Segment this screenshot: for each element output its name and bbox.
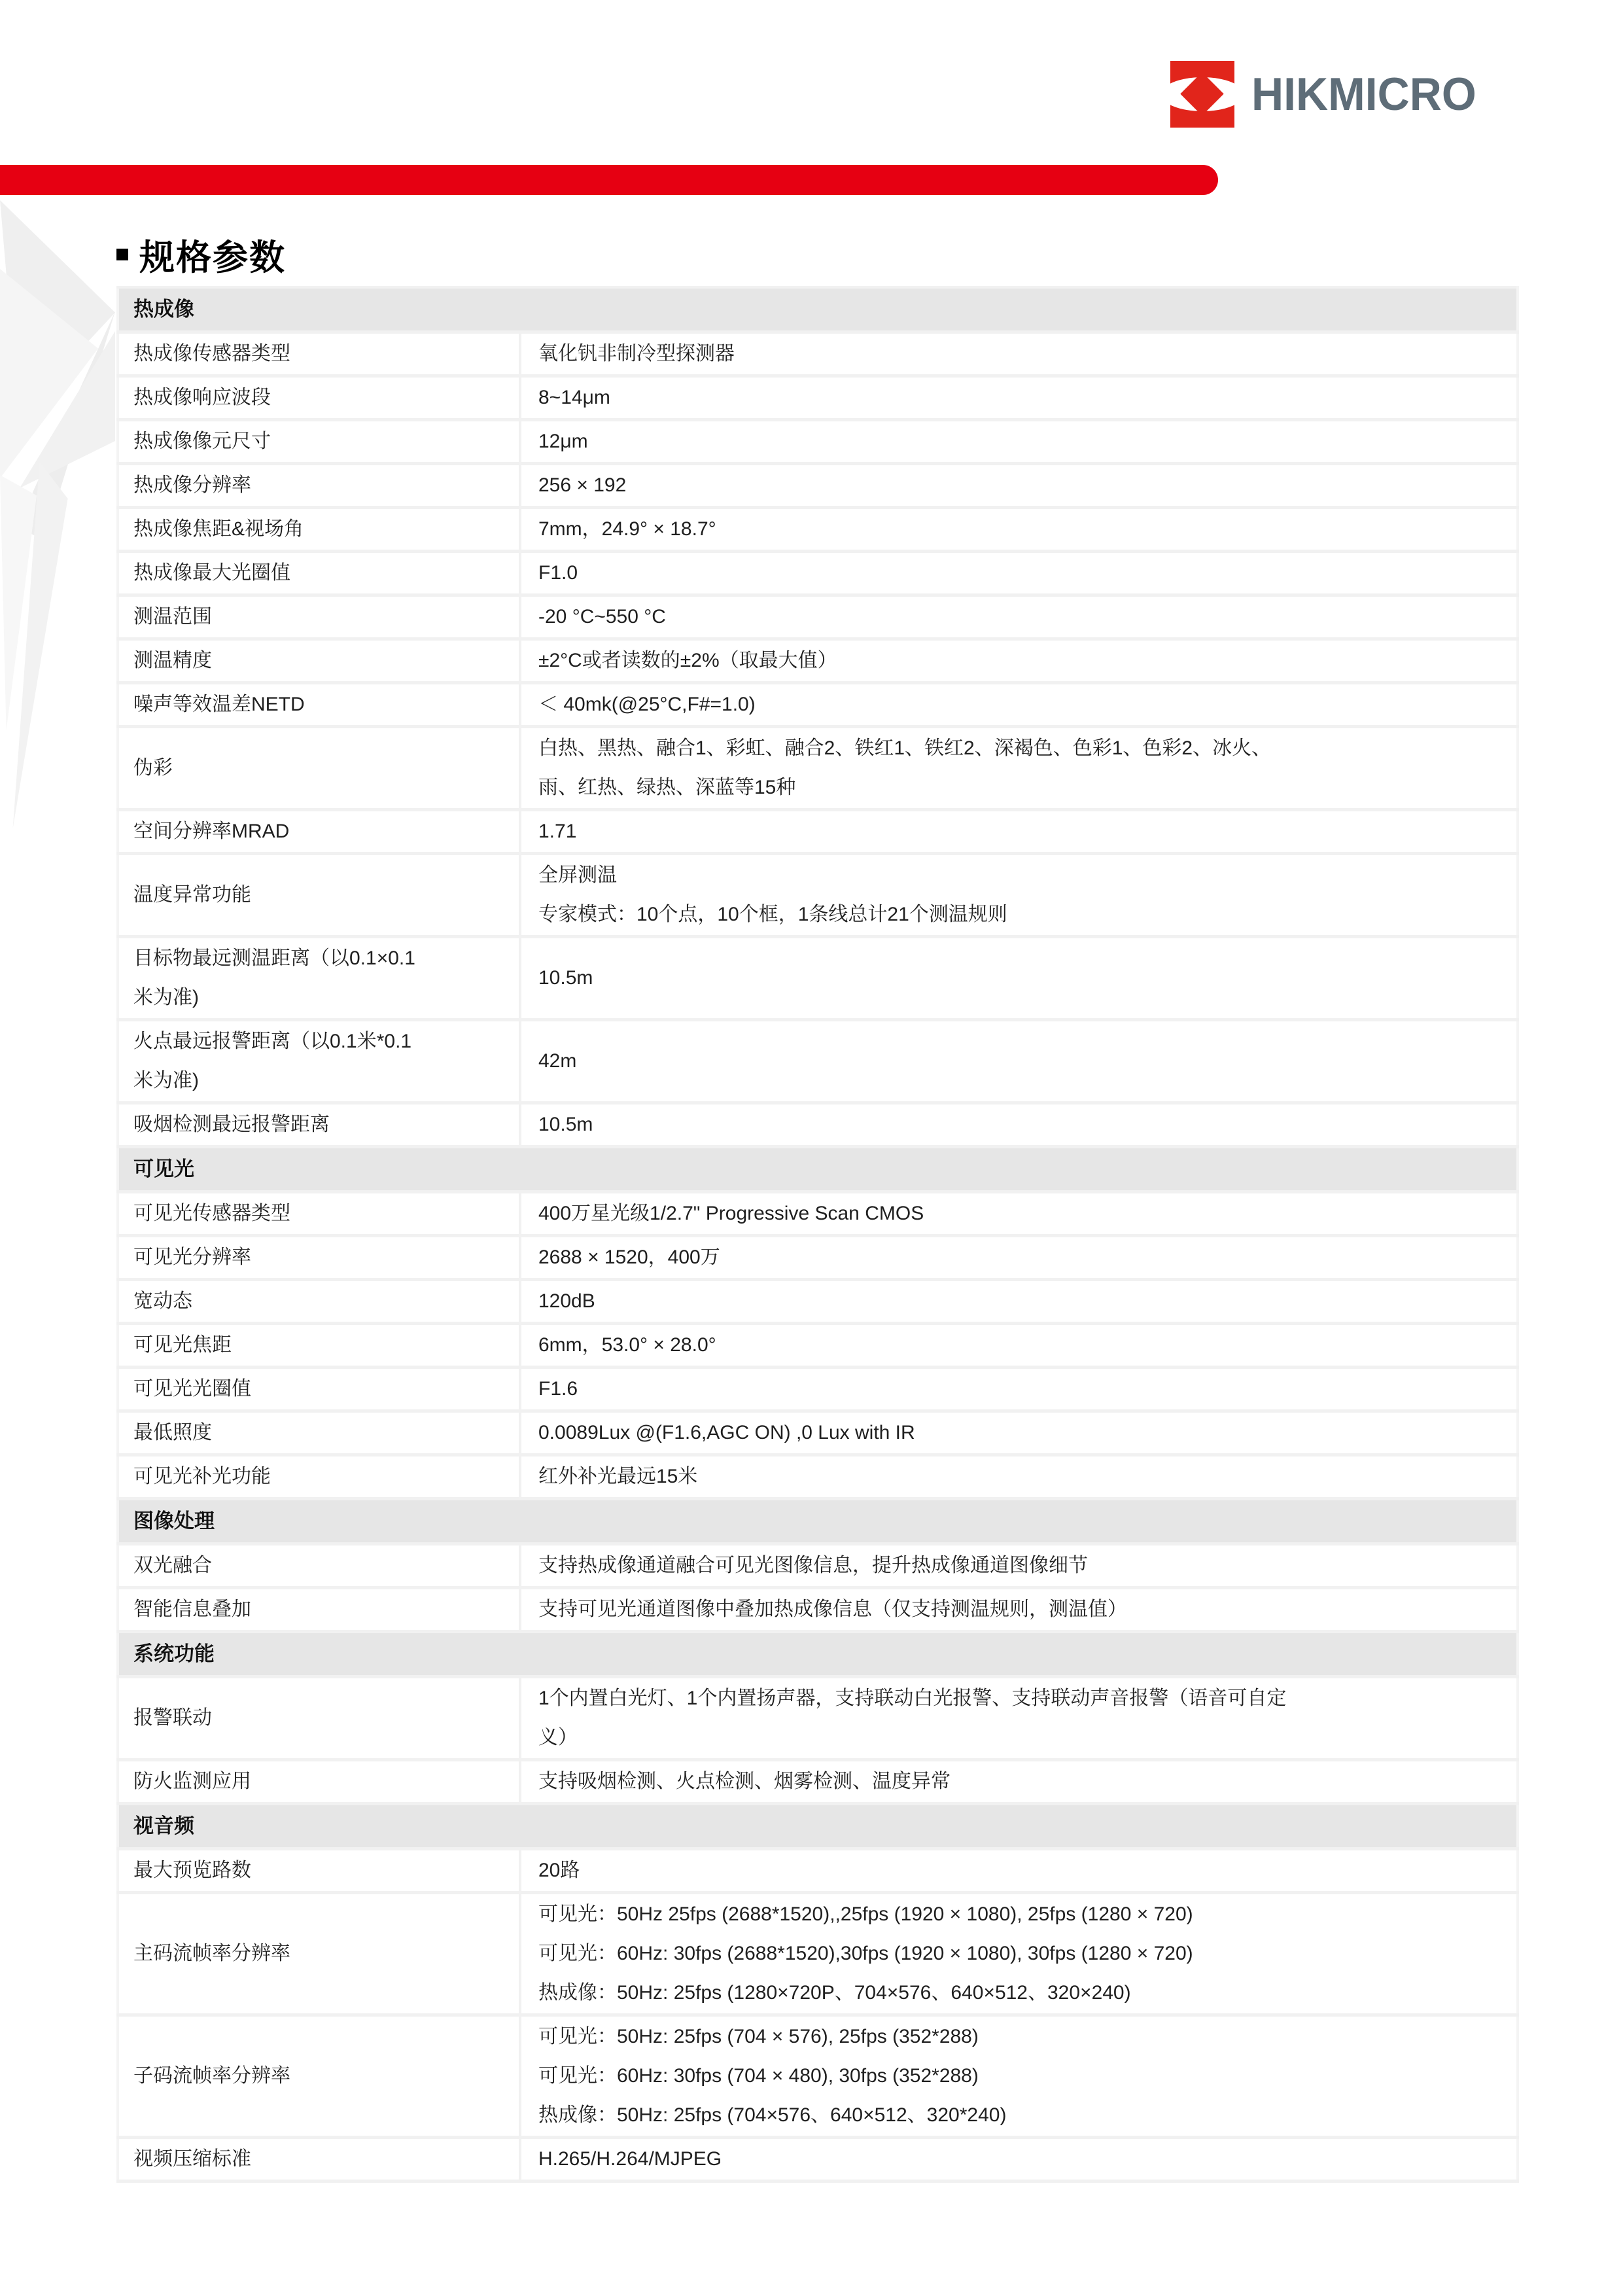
spec-value-line: 2688 × 1520，400万 bbox=[538, 1238, 1509, 1277]
spec-label: 热成像响应波段 bbox=[118, 376, 520, 420]
section-header-row: 视音频 bbox=[118, 1804, 1518, 1849]
section-header: 可见光 bbox=[118, 1147, 1518, 1192]
spec-value-line: ±2°C或者读数的±2%（取最大值） bbox=[538, 641, 1509, 680]
spec-row: 双光融合支持热成像通道融合可见光图像信息，提升热成像通道图像细节 bbox=[118, 1544, 1518, 1588]
spec-row: 测温精度±2°C或者读数的±2%（取最大值） bbox=[118, 639, 1518, 683]
spec-value-line: 义） bbox=[538, 1718, 1509, 1757]
spec-row: 最低照度0.0089Lux @(F1.6,AGC ON) ,0 Lux with… bbox=[118, 1411, 1518, 1455]
spec-label: 可见光焦距 bbox=[118, 1324, 520, 1368]
spec-value: 400万星光级1/2.7" Progressive Scan CMOS bbox=[520, 1192, 1518, 1236]
spec-value: 红外补光最远15米 bbox=[520, 1455, 1518, 1499]
spec-label: 防火监测应用 bbox=[118, 1760, 520, 1804]
spec-value: F1.6 bbox=[520, 1368, 1518, 1411]
spec-value-line: F1.6 bbox=[538, 1369, 1509, 1409]
spec-label: 噪声等效温差NETD bbox=[118, 683, 520, 727]
spec-table: 热成像热成像传感器类型氧化钒非制冷型探测器热成像响应波段8~14μm热成像像元尺… bbox=[116, 286, 1519, 2183]
spec-value: 全屏测温专家模式：10个点，10个框，1条线总计21个测温规则 bbox=[520, 854, 1518, 937]
spec-value: ±2°C或者读数的±2%（取最大值） bbox=[520, 639, 1518, 683]
spec-label: 双光融合 bbox=[118, 1544, 520, 1588]
spec-row: 热成像焦距&视场角7mm，24.9° × 18.7° bbox=[118, 508, 1518, 552]
spec-row: 防火监测应用支持吸烟检测、火点检测、烟雾检测、温度异常 bbox=[118, 1760, 1518, 1804]
spec-row: 智能信息叠加支持可见光通道图像中叠加热成像信息（仅支持测温规则，测温值） bbox=[118, 1588, 1518, 1632]
spec-label: 测温范围 bbox=[118, 595, 520, 639]
spec-sheet-page: HIKMICRO 规格参数 热成像热成像传感器类型氧化钒非制冷型探测器热成像响应… bbox=[0, 0, 1623, 2296]
spec-row: 可见光传感器类型400万星光级1/2.7" Progressive Scan C… bbox=[118, 1192, 1518, 1236]
spec-label: 最大预览路数 bbox=[118, 1849, 520, 1893]
spec-value: 白热、黑热、融合1、彩虹、融合2、铁红1、铁红2、深褐色、色彩1、色彩2、冰火、… bbox=[520, 727, 1518, 810]
spec-value-line: H.265/H.264/MJPEG bbox=[538, 2140, 1509, 2179]
main-content: 规格参数 热成像热成像传感器类型氧化钒非制冷型探测器热成像响应波段8~14μm热… bbox=[116, 228, 1519, 2183]
spec-value: 0.0089Lux @(F1.6,AGC ON) ,0 Lux with IR bbox=[520, 1411, 1518, 1455]
spec-row: 测温范围-20 °C~550 °C bbox=[118, 595, 1518, 639]
spec-value: H.265/H.264/MJPEG bbox=[520, 2138, 1518, 2181]
hikmicro-wordmark: HIKMICRO bbox=[1251, 71, 1476, 118]
watermark-triangle bbox=[7, 462, 85, 828]
spec-value-line: 支持吸烟检测、火点检测、烟雾检测、温度异常 bbox=[538, 1762, 1509, 1801]
section-title-row: 规格参数 bbox=[116, 228, 1519, 281]
spec-row: 可见光分辨率2688 × 1520，400万 bbox=[118, 1236, 1518, 1280]
spec-value-line: 热成像：50Hz: 25fps (704×576、640×512、320*240… bbox=[538, 2096, 1509, 2135]
spec-label: 智能信息叠加 bbox=[118, 1588, 520, 1632]
spec-row: 吸烟检测最远报警距离10.5m bbox=[118, 1103, 1518, 1147]
spec-value: 42m bbox=[520, 1020, 1518, 1103]
spec-value-line: -20 °C~550 °C bbox=[538, 597, 1509, 637]
spec-label: 主码流帧率分辨率 bbox=[118, 1893, 520, 2015]
spec-label: 子码流帧率分辨率 bbox=[118, 2015, 520, 2138]
spec-label: 温度异常功能 bbox=[118, 854, 520, 937]
spec-value-line: 20路 bbox=[538, 1851, 1509, 1890]
spec-row: 子码流帧率分辨率可见光：50Hz: 25fps (704 × 576), 25f… bbox=[118, 2015, 1518, 2138]
spec-value-line: 400万星光级1/2.7" Progressive Scan CMOS bbox=[538, 1194, 1509, 1233]
section-header-row: 系统功能 bbox=[118, 1632, 1518, 1677]
spec-label: 吸烟检测最远报警距离 bbox=[118, 1103, 520, 1147]
spec-row: 热成像响应波段8~14μm bbox=[118, 376, 1518, 420]
spec-value-line: 氧化钒非制冷型探测器 bbox=[538, 334, 1509, 374]
spec-label: 热成像最大光圈值 bbox=[118, 552, 520, 595]
spec-label: 热成像像元尺寸 bbox=[118, 420, 520, 464]
spec-row: 可见光光圈值F1.6 bbox=[118, 1368, 1518, 1411]
spec-label: 最低照度 bbox=[118, 1411, 520, 1455]
spec-row: 报警联动1个内置白光灯、1个内置扬声器，支持联动白光报警、支持联动声音报警（语音… bbox=[118, 1677, 1518, 1760]
spec-row: 目标物最远测温距离（以0.1×0.1 米为准)10.5m bbox=[118, 937, 1518, 1020]
spec-value-line: 10.5m bbox=[538, 1105, 1509, 1144]
section-header-row: 热成像 bbox=[118, 287, 1518, 332]
spec-label: 测温精度 bbox=[118, 639, 520, 683]
spec-value: 8~14μm bbox=[520, 376, 1518, 420]
page-title: 规格参数 bbox=[139, 230, 286, 280]
section-header: 视音频 bbox=[118, 1804, 1518, 1849]
spec-value: 20路 bbox=[520, 1849, 1518, 1893]
spec-value-line: 红外补光最远15米 bbox=[538, 1457, 1509, 1496]
spec-value-line: 可见光：50Hz 25fps (2688*1520),,25fps (1920 … bbox=[538, 1895, 1509, 1934]
spec-label: 可见光光圈值 bbox=[118, 1368, 520, 1411]
spec-label: 视频压缩标准 bbox=[118, 2138, 520, 2181]
spec-label: 目标物最远测温距离（以0.1×0.1 米为准) bbox=[118, 937, 520, 1020]
spec-value-line: F1.0 bbox=[538, 554, 1509, 593]
spec-value-line: 雨、红热、绿热、深蓝等15种 bbox=[538, 768, 1509, 807]
spec-value: 10.5m bbox=[520, 1103, 1518, 1147]
spec-row: 可见光补光功能红外补光最远15米 bbox=[118, 1455, 1518, 1499]
spec-value: ＜ 40mk(@25°C,F#=1.0) bbox=[520, 683, 1518, 727]
bullet-icon bbox=[116, 249, 128, 260]
spec-label: 可见光传感器类型 bbox=[118, 1192, 520, 1236]
spec-value-line: 专家模式：10个点，10个框，1条线总计21个测温规则 bbox=[538, 895, 1509, 934]
spec-value: 1个内置白光灯、1个内置扬声器，支持联动白光报警、支持联动声音报警（语音可自定义… bbox=[520, 1677, 1518, 1760]
spec-value: -20 °C~550 °C bbox=[520, 595, 1518, 639]
spec-value-line: 120dB bbox=[538, 1282, 1509, 1321]
spec-value-line: 1个内置白光灯、1个内置扬声器，支持联动白光报警、支持联动声音报警（语音可自定 bbox=[538, 1679, 1509, 1718]
spec-value-line: 6mm，53.0° × 28.0° bbox=[538, 1326, 1509, 1365]
spec-value-line: 42m bbox=[538, 1042, 1509, 1081]
spec-value-line: 支持可见光通道图像中叠加热成像信息（仅支持测温规则，测温值） bbox=[538, 1590, 1509, 1629]
spec-row: 视频压缩标准H.265/H.264/MJPEG bbox=[118, 2138, 1518, 2181]
spec-value: 氧化钒非制冷型探测器 bbox=[520, 332, 1518, 376]
spec-value-line: 12μm bbox=[538, 422, 1509, 461]
spec-value-line: 白热、黑热、融合1、彩虹、融合2、铁红1、铁红2、深褐色、色彩1、色彩2、冰火、 bbox=[538, 729, 1509, 768]
spec-value: 7mm，24.9° × 18.7° bbox=[520, 508, 1518, 552]
watermark-triangle bbox=[17, 311, 115, 540]
spec-value: 6mm，53.0° × 28.0° bbox=[520, 1324, 1518, 1368]
spec-value-line: 热成像：50Hz: 25fps (1280×720P、704×576、640×5… bbox=[538, 1973, 1509, 2013]
spec-label: 热成像分辨率 bbox=[118, 464, 520, 508]
spec-row: 热成像分辨率256 × 192 bbox=[118, 464, 1518, 508]
spec-label: 可见光补光功能 bbox=[118, 1455, 520, 1499]
hikmicro-logo: HIKMICRO bbox=[1170, 61, 1476, 128]
watermark-triangle bbox=[20, 331, 115, 488]
watermark-triangle bbox=[0, 269, 98, 478]
spec-value-line: 7mm，24.9° × 18.7° bbox=[538, 510, 1509, 549]
spec-row: 热成像最大光圈值F1.0 bbox=[118, 552, 1518, 595]
spec-value-line: 256 × 192 bbox=[538, 466, 1509, 505]
hikmicro-eye-icon bbox=[1170, 61, 1234, 128]
spec-value-line: 支持热成像通道融合可见光图像信息，提升热成像通道图像细节 bbox=[538, 1546, 1509, 1585]
section-header: 图像处理 bbox=[118, 1499, 1518, 1544]
spec-value-line: 0.0089Lux @(F1.6,AGC ON) ,0 Lux with IR bbox=[538, 1413, 1509, 1453]
spec-value-line: 可见光：60Hz: 30fps (2688*1520),30fps (1920 … bbox=[538, 1934, 1509, 1973]
spec-value: 支持吸烟检测、火点检测、烟雾检测、温度异常 bbox=[520, 1760, 1518, 1804]
spec-value-line: 1.71 bbox=[538, 812, 1509, 851]
spec-row: 宽动态120dB bbox=[118, 1280, 1518, 1324]
spec-label: 报警联动 bbox=[118, 1677, 520, 1760]
spec-row: 噪声等效温差NETD＜ 40mk(@25°C,F#=1.0) bbox=[118, 683, 1518, 727]
spec-value: 支持可见光通道图像中叠加热成像信息（仅支持测温规则，测温值） bbox=[520, 1588, 1518, 1632]
spec-value-line: 8~14μm bbox=[538, 378, 1509, 417]
spec-row: 火点最远报警距离（以0.1米*0.1 米为准)42m bbox=[118, 1020, 1518, 1103]
spec-label: 伪彩 bbox=[118, 727, 520, 810]
spec-value: 1.71 bbox=[520, 810, 1518, 854]
spec-row: 主码流帧率分辨率可见光：50Hz 25fps (2688*1520),,25fp… bbox=[118, 1893, 1518, 2015]
spec-label: 空间分辨率MRAD bbox=[118, 810, 520, 854]
spec-label: 热成像焦距&视场角 bbox=[118, 508, 520, 552]
spec-value-line: 全屏测温 bbox=[538, 856, 1509, 895]
spec-row: 空间分辨率MRAD1.71 bbox=[118, 810, 1518, 854]
spec-row: 最大预览路数20路 bbox=[118, 1849, 1518, 1893]
spec-label: 热成像传感器类型 bbox=[118, 332, 520, 376]
watermark-pattern bbox=[0, 194, 131, 913]
watermark-triangle bbox=[0, 200, 115, 416]
spec-value-line: 可见光：60Hz: 30fps (704 × 480), 30fps (352*… bbox=[538, 2057, 1509, 2096]
spec-value: 10.5m bbox=[520, 937, 1518, 1020]
spec-value: 可见光：50Hz: 25fps (704 × 576), 25fps (352*… bbox=[520, 2015, 1518, 2138]
section-header-row: 图像处理 bbox=[118, 1499, 1518, 1544]
watermark-triangle bbox=[0, 475, 52, 730]
spec-value: 120dB bbox=[520, 1280, 1518, 1324]
spec-value: 2688 × 1520，400万 bbox=[520, 1236, 1518, 1280]
spec-row: 热成像传感器类型氧化钒非制冷型探测器 bbox=[118, 332, 1518, 376]
spec-row: 温度异常功能全屏测温专家模式：10个点，10个框，1条线总计21个测温规则 bbox=[118, 854, 1518, 937]
spec-row: 伪彩白热、黑热、融合1、彩虹、融合2、铁红1、铁红2、深褐色、色彩1、色彩2、冰… bbox=[118, 727, 1518, 810]
spec-value: 可见光：50Hz 25fps (2688*1520),,25fps (1920 … bbox=[520, 1893, 1518, 2015]
section-header-row: 可见光 bbox=[118, 1147, 1518, 1192]
spec-value: F1.0 bbox=[520, 552, 1518, 595]
red-banner bbox=[0, 165, 1218, 195]
spec-value: 12μm bbox=[520, 420, 1518, 464]
spec-row: 热成像像元尺寸12μm bbox=[118, 420, 1518, 464]
spec-value-line: ＜ 40mk(@25°C,F#=1.0) bbox=[538, 685, 1509, 724]
spec-value: 支持热成像通道融合可见光图像信息，提升热成像通道图像细节 bbox=[520, 1544, 1518, 1588]
spec-label: 可见光分辨率 bbox=[118, 1236, 520, 1280]
spec-label: 宽动态 bbox=[118, 1280, 520, 1324]
spec-label: 火点最远报警距离（以0.1米*0.1 米为准) bbox=[118, 1020, 520, 1103]
spec-value-line: 10.5m bbox=[538, 959, 1509, 998]
section-header: 系统功能 bbox=[118, 1632, 1518, 1677]
spec-value: 256 × 192 bbox=[520, 464, 1518, 508]
section-header: 热成像 bbox=[118, 287, 1518, 332]
spec-value-line: 可见光：50Hz: 25fps (704 × 576), 25fps (352*… bbox=[538, 2017, 1509, 2057]
spec-row: 可见光焦距6mm，53.0° × 28.0° bbox=[118, 1324, 1518, 1368]
